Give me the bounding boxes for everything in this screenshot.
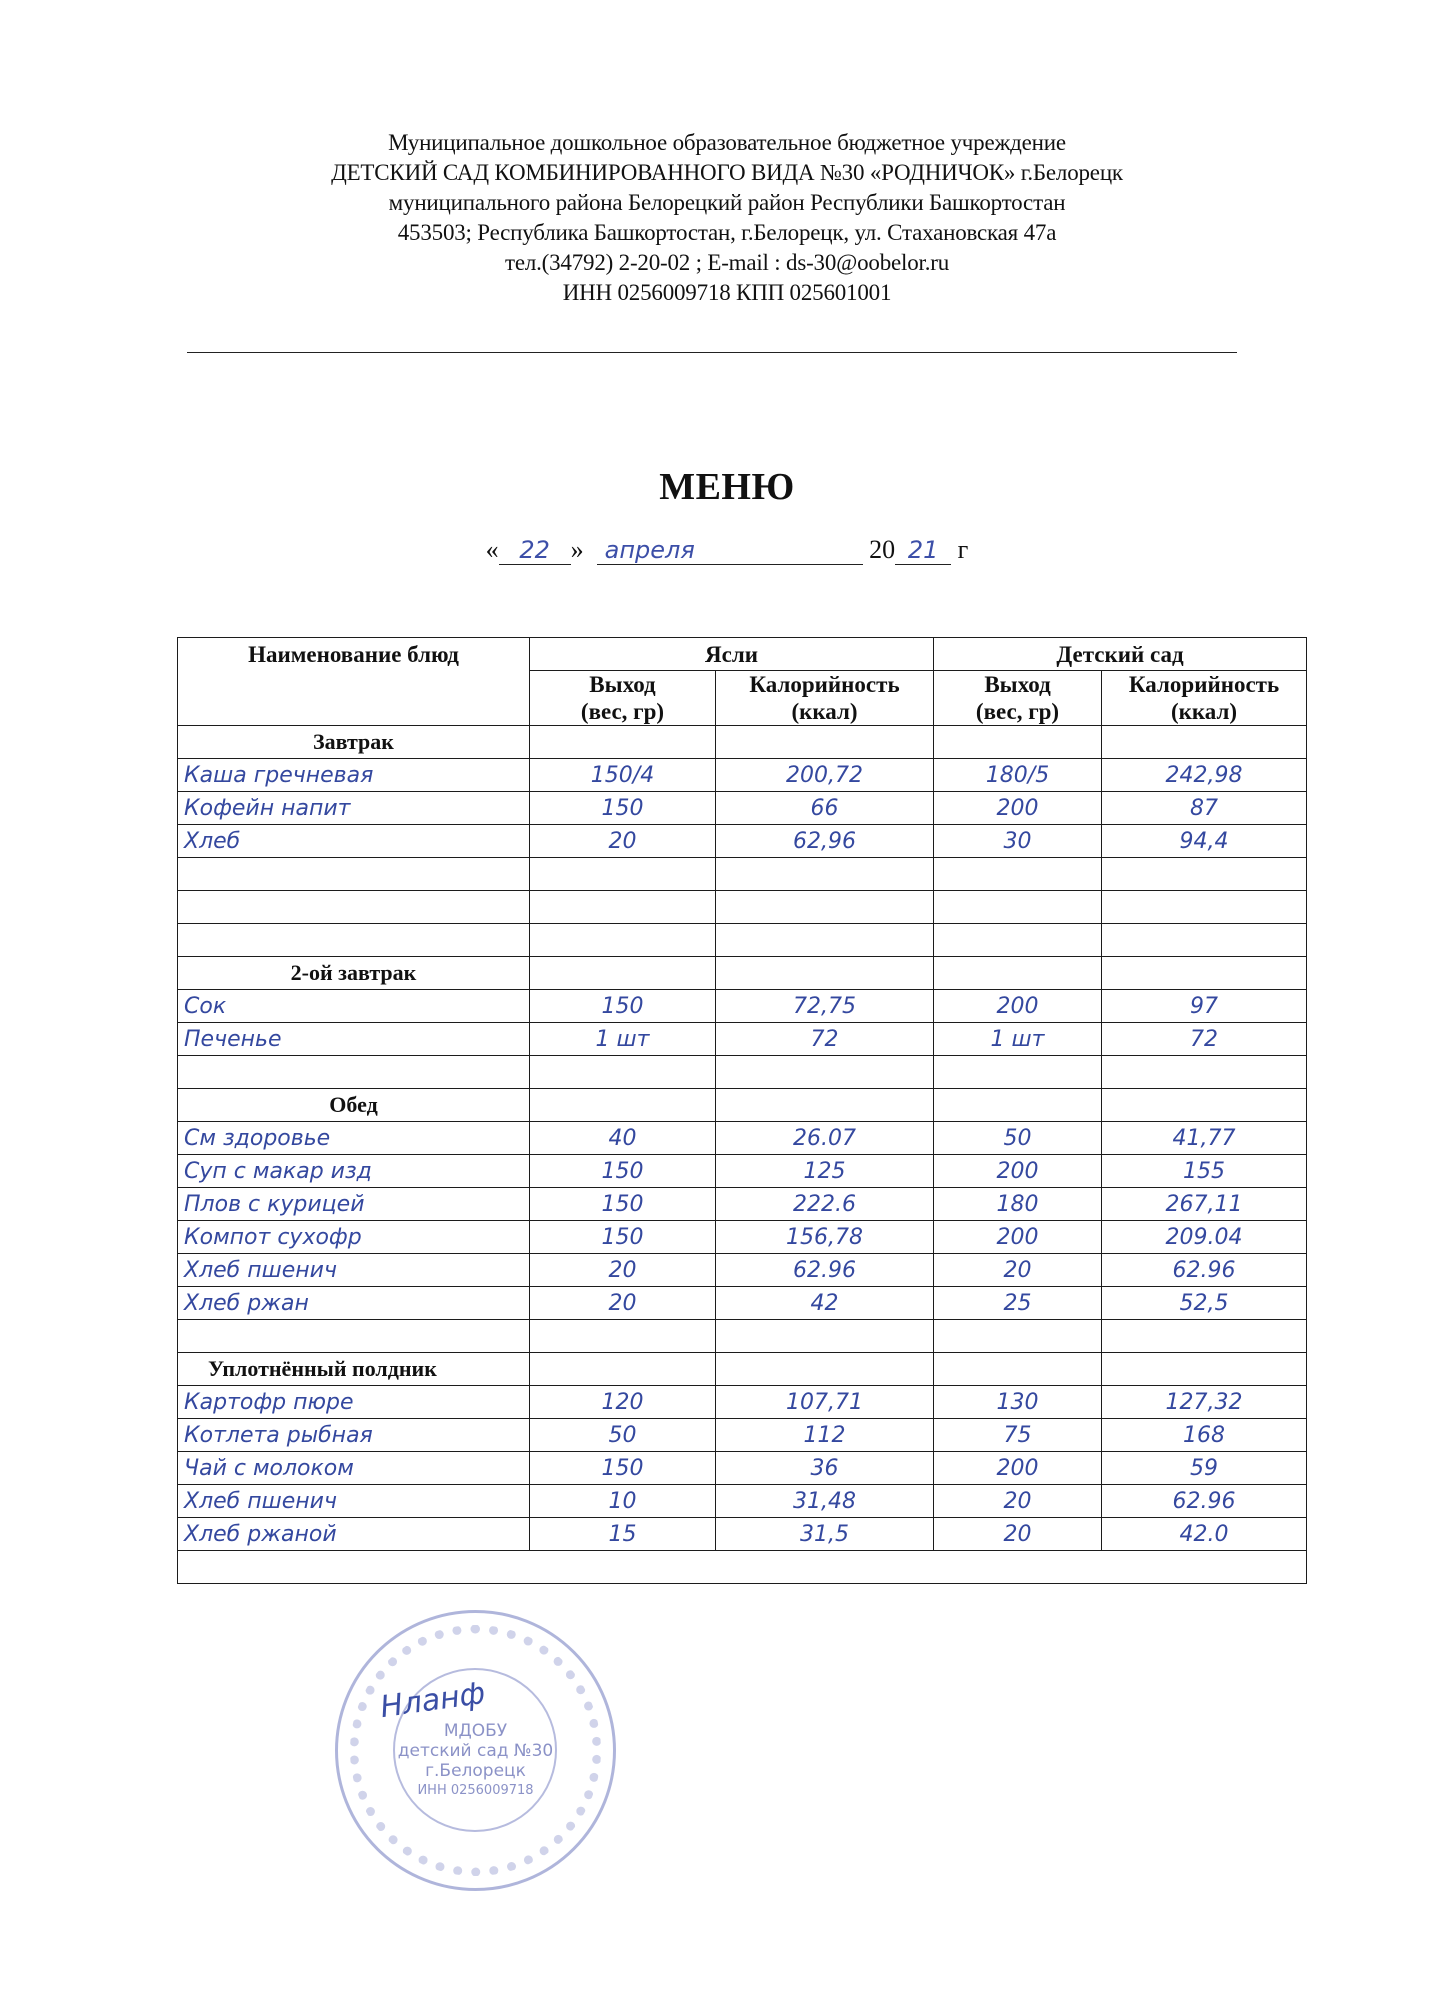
col-nursery-calories: Калорийность(ккал) bbox=[716, 671, 934, 726]
cook-signature: Hланф bbox=[378, 1676, 487, 1725]
section-title: Уплотнённый полдник bbox=[178, 1353, 530, 1386]
dish-name: Хлеб пшенич bbox=[178, 1485, 530, 1518]
nursery-calories: 31,5 bbox=[716, 1518, 934, 1551]
kindergarten-calories: 41,77 bbox=[1102, 1122, 1307, 1155]
nursery-yield: 10 bbox=[530, 1485, 716, 1518]
empty-cell bbox=[1102, 1353, 1307, 1386]
empty-cell bbox=[530, 858, 716, 891]
kindergarten-yield: 180 bbox=[934, 1188, 1102, 1221]
header-line-2: ДЕТСКИЙ САД КОМБИНИРОВАННОГО ВИДА №30 «Р… bbox=[0, 158, 1454, 188]
empty-cell bbox=[716, 957, 934, 990]
empty-cell bbox=[934, 1056, 1102, 1089]
table-row: Печенье1 шт721 шт72 bbox=[178, 1023, 1307, 1056]
empty-cell bbox=[530, 957, 716, 990]
signatures-block: Заведующий:Балыкина Е.А.Ст. медсестра:Ах… bbox=[178, 1551, 1307, 1584]
empty-cell bbox=[1102, 858, 1307, 891]
nursery-calories: 31,48 bbox=[716, 1485, 934, 1518]
group-kindergarten-header: Детский сад bbox=[934, 638, 1307, 671]
empty-cell bbox=[934, 858, 1102, 891]
nursery-calories: 222.6 bbox=[716, 1188, 934, 1221]
date-month: апреля bbox=[597, 536, 863, 565]
nursery-yield: 20 bbox=[530, 1287, 716, 1320]
empty-cell bbox=[1102, 924, 1307, 957]
empty-row bbox=[178, 1056, 1307, 1089]
date-close-quote: » bbox=[571, 535, 584, 564]
empty-cell bbox=[1102, 957, 1307, 990]
dish-name: Каша гречневая bbox=[178, 759, 530, 792]
date-day: 22 bbox=[499, 536, 571, 565]
nursery-yield: 150/4 bbox=[530, 759, 716, 792]
kindergarten-calories: 209.04 bbox=[1102, 1221, 1307, 1254]
empty-cell bbox=[716, 1353, 934, 1386]
menu-body: ЗавтракКаша гречневая150/4200,72180/5242… bbox=[178, 726, 1307, 1551]
header-divider bbox=[187, 352, 1237, 353]
kindergarten-yield: 30 bbox=[934, 825, 1102, 858]
nursery-yield: 1 шт bbox=[530, 1023, 716, 1056]
date-open-quote: « bbox=[486, 535, 499, 564]
official-stamp: Hланф МДОБУ детский сад №30 г.Белорецк И… bbox=[335, 1610, 616, 1891]
stamp-text: МДОБУ детский сад №30 г.Белорецк ИНН 025… bbox=[338, 1721, 613, 1801]
nursery-yield: 150 bbox=[530, 792, 716, 825]
dish-name: Компот сухофр bbox=[178, 1221, 530, 1254]
dish-name: Картофр пюре bbox=[178, 1386, 530, 1419]
page-title: МЕНЮ bbox=[0, 465, 1454, 509]
empty-row bbox=[178, 891, 1307, 924]
nursery-calories: 125 bbox=[716, 1155, 934, 1188]
kindergarten-yield: 180/5 bbox=[934, 759, 1102, 792]
empty-cell bbox=[530, 726, 716, 759]
empty-cell bbox=[1102, 1056, 1307, 1089]
date-year-unit: г bbox=[958, 535, 969, 564]
empty-cell bbox=[716, 1089, 934, 1122]
table-row: Хлеб пшенич2062.962062.96 bbox=[178, 1254, 1307, 1287]
empty-cell bbox=[716, 1320, 934, 1353]
kindergarten-yield: 130 bbox=[934, 1386, 1102, 1419]
empty-cell bbox=[934, 726, 1102, 759]
nursery-calories: 62.96 bbox=[716, 1254, 934, 1287]
col-dish-header: Наименование блюд bbox=[178, 638, 530, 726]
dish-name: Хлеб ржаной bbox=[178, 1518, 530, 1551]
empty-cell bbox=[1102, 1089, 1307, 1122]
nursery-calories: 62,96 bbox=[716, 825, 934, 858]
kindergarten-calories: 97 bbox=[1102, 990, 1307, 1023]
dish-name: Хлеб ржан bbox=[178, 1287, 530, 1320]
kindergarten-calories: 62.96 bbox=[1102, 1254, 1307, 1287]
table-row: Хлеб пшенич1031,482062.96 bbox=[178, 1485, 1307, 1518]
nursery-calories: 42 bbox=[716, 1287, 934, 1320]
empty-cell bbox=[530, 891, 716, 924]
kindergarten-calories: 168 bbox=[1102, 1419, 1307, 1452]
kindergarten-yield: 200 bbox=[934, 1221, 1102, 1254]
table-row: Картофр пюре120107,71130127,32 bbox=[178, 1386, 1307, 1419]
empty-cell bbox=[178, 858, 530, 891]
nursery-yield: 150 bbox=[530, 1221, 716, 1254]
nursery-yield: 40 bbox=[530, 1122, 716, 1155]
kindergarten-calories: 127,32 bbox=[1102, 1386, 1307, 1419]
kindergarten-yield: 25 bbox=[934, 1287, 1102, 1320]
empty-cell bbox=[178, 891, 530, 924]
nursery-yield: 20 bbox=[530, 1254, 716, 1287]
table-row: Сок15072,7520097 bbox=[178, 990, 1307, 1023]
nursery-calories: 66 bbox=[716, 792, 934, 825]
empty-cell bbox=[934, 891, 1102, 924]
empty-row bbox=[178, 924, 1307, 957]
kindergarten-yield: 20 bbox=[934, 1254, 1102, 1287]
section-row: Уплотнённый полдник bbox=[178, 1353, 1307, 1386]
kindergarten-yield: 75 bbox=[934, 1419, 1102, 1452]
empty-cell bbox=[178, 1320, 530, 1353]
section-title: Завтрак bbox=[178, 726, 530, 759]
nursery-calories: 72,75 bbox=[716, 990, 934, 1023]
dish-name: Суп с макар изд bbox=[178, 1155, 530, 1188]
dish-name: Плов с курицей bbox=[178, 1188, 530, 1221]
nursery-calories: 156,78 bbox=[716, 1221, 934, 1254]
section-row: Обед bbox=[178, 1089, 1307, 1122]
date-year-suffix: 21 bbox=[895, 536, 951, 565]
stamp-ring bbox=[350, 1625, 601, 1876]
kindergarten-calories: 52,5 bbox=[1102, 1287, 1307, 1320]
col-kindergarten-calories: Калорийность(ккал) bbox=[1102, 671, 1307, 726]
date-year-prefix: 20 bbox=[869, 535, 895, 564]
nursery-yield: 120 bbox=[530, 1386, 716, 1419]
empty-cell bbox=[178, 1056, 530, 1089]
kindergarten-yield: 200 bbox=[934, 1452, 1102, 1485]
empty-cell bbox=[716, 924, 934, 957]
nursery-calories: 26.07 bbox=[716, 1122, 934, 1155]
kindergarten-yield: 20 bbox=[934, 1485, 1102, 1518]
empty-cell bbox=[716, 1056, 934, 1089]
empty-cell bbox=[716, 891, 934, 924]
table-row: Каша гречневая150/4200,72180/5242,98 bbox=[178, 759, 1307, 792]
empty-cell bbox=[934, 924, 1102, 957]
table-row: Плов с курицей150222.6180267,11 bbox=[178, 1188, 1307, 1221]
table-row: См здоровье4026.075041,77 bbox=[178, 1122, 1307, 1155]
nursery-yield: 20 bbox=[530, 825, 716, 858]
header-line-5: тел.(34792) 2-20-02 ; E-mail : ds-30@oob… bbox=[0, 248, 1454, 278]
header-line-4: 453503; Республика Башкортостан, г.Белор… bbox=[0, 218, 1454, 248]
col-kindergarten-yield: Выход(вес, гр) bbox=[934, 671, 1102, 726]
group-nursery-header: Ясли bbox=[530, 638, 934, 671]
stamp-inner-circle bbox=[393, 1668, 557, 1832]
kindergarten-yield: 1 шт bbox=[934, 1023, 1102, 1056]
kindergarten-calories: 267,11 bbox=[1102, 1188, 1307, 1221]
kindergarten-calories: 59 bbox=[1102, 1452, 1307, 1485]
nursery-yield: 50 bbox=[530, 1419, 716, 1452]
dish-name: Котлета рыбная bbox=[178, 1419, 530, 1452]
kindergarten-calories: 87 bbox=[1102, 792, 1307, 825]
section-title: 2-ой завтрак bbox=[178, 957, 530, 990]
nursery-yield: 150 bbox=[530, 990, 716, 1023]
empty-cell bbox=[530, 1056, 716, 1089]
kindergarten-calories: 242,98 bbox=[1102, 759, 1307, 792]
nursery-yield: 150 bbox=[530, 1452, 716, 1485]
header-line-1: Муниципальное дошкольное образовательное… bbox=[0, 128, 1454, 158]
empty-cell bbox=[530, 1320, 716, 1353]
table-row: Хлеб ржан20422552,5 bbox=[178, 1287, 1307, 1320]
table-row: Суп с макар изд150125200155 bbox=[178, 1155, 1307, 1188]
section-row: 2-ой завтрак bbox=[178, 957, 1307, 990]
menu-table: Наименование блюд Ясли Детский сад Выход… bbox=[177, 637, 1307, 1584]
empty-cell bbox=[178, 924, 530, 957]
empty-cell bbox=[530, 1353, 716, 1386]
kindergarten-calories: 94,4 bbox=[1102, 825, 1307, 858]
table-row: Хлеб ржаной1531,52042.0 bbox=[178, 1518, 1307, 1551]
table-row: Хлеб2062,963094,4 bbox=[178, 825, 1307, 858]
nursery-yield: 15 bbox=[530, 1518, 716, 1551]
empty-cell bbox=[1102, 726, 1307, 759]
kindergarten-yield: 200 bbox=[934, 990, 1102, 1023]
dish-name: Печенье bbox=[178, 1023, 530, 1056]
table-row: Кофейн напит1506620087 bbox=[178, 792, 1307, 825]
empty-cell bbox=[530, 924, 716, 957]
dish-name: Хлеб bbox=[178, 825, 530, 858]
empty-cell bbox=[1102, 891, 1307, 924]
section-row: Завтрак bbox=[178, 726, 1307, 759]
empty-cell bbox=[934, 1320, 1102, 1353]
dish-name: См здоровье bbox=[178, 1122, 530, 1155]
institution-header: Муниципальное дошкольное образовательное… bbox=[0, 128, 1454, 308]
header-line-6: ИНН 0256009718 КПП 025601001 bbox=[0, 278, 1454, 308]
kindergarten-yield: 50 bbox=[934, 1122, 1102, 1155]
kindergarten-calories: 42.0 bbox=[1102, 1518, 1307, 1551]
empty-row bbox=[178, 1320, 1307, 1353]
empty-cell bbox=[716, 858, 934, 891]
dish-name: Хлеб пшенич bbox=[178, 1254, 530, 1287]
empty-cell bbox=[934, 1353, 1102, 1386]
table-row: Компот сухофр150156,78200209.04 bbox=[178, 1221, 1307, 1254]
nursery-calories: 200,72 bbox=[716, 759, 934, 792]
header-line-3: муниципального района Белорецкий район Р… bbox=[0, 188, 1454, 218]
kindergarten-calories: 155 bbox=[1102, 1155, 1307, 1188]
kindergarten-yield: 200 bbox=[934, 1155, 1102, 1188]
nursery-yield: 150 bbox=[530, 1155, 716, 1188]
empty-cell bbox=[1102, 1320, 1307, 1353]
kindergarten-yield: 20 bbox=[934, 1518, 1102, 1551]
nursery-calories: 72 bbox=[716, 1023, 934, 1056]
kindergarten-calories: 72 bbox=[1102, 1023, 1307, 1056]
nursery-yield: 150 bbox=[530, 1188, 716, 1221]
dish-name: Чай с молоком bbox=[178, 1452, 530, 1485]
empty-cell bbox=[934, 1089, 1102, 1122]
col-nursery-yield: Выход(вес, гр) bbox=[530, 671, 716, 726]
empty-cell bbox=[716, 726, 934, 759]
empty-cell bbox=[934, 957, 1102, 990]
empty-row bbox=[178, 858, 1307, 891]
table-row: Чай с молоком1503620059 bbox=[178, 1452, 1307, 1485]
kindergarten-calories: 62.96 bbox=[1102, 1485, 1307, 1518]
dish-name: Сок bbox=[178, 990, 530, 1023]
kindergarten-yield: 200 bbox=[934, 792, 1102, 825]
nursery-calories: 112 bbox=[716, 1419, 934, 1452]
nursery-calories: 107,71 bbox=[716, 1386, 934, 1419]
nursery-calories: 36 bbox=[716, 1452, 934, 1485]
dish-name: Кофейн напит bbox=[178, 792, 530, 825]
date-line: «22» апреля 2021 г bbox=[0, 535, 1454, 565]
empty-cell bbox=[530, 1089, 716, 1122]
table-row: Котлета рыбная5011275168 bbox=[178, 1419, 1307, 1452]
section-title: Обед bbox=[178, 1089, 530, 1122]
